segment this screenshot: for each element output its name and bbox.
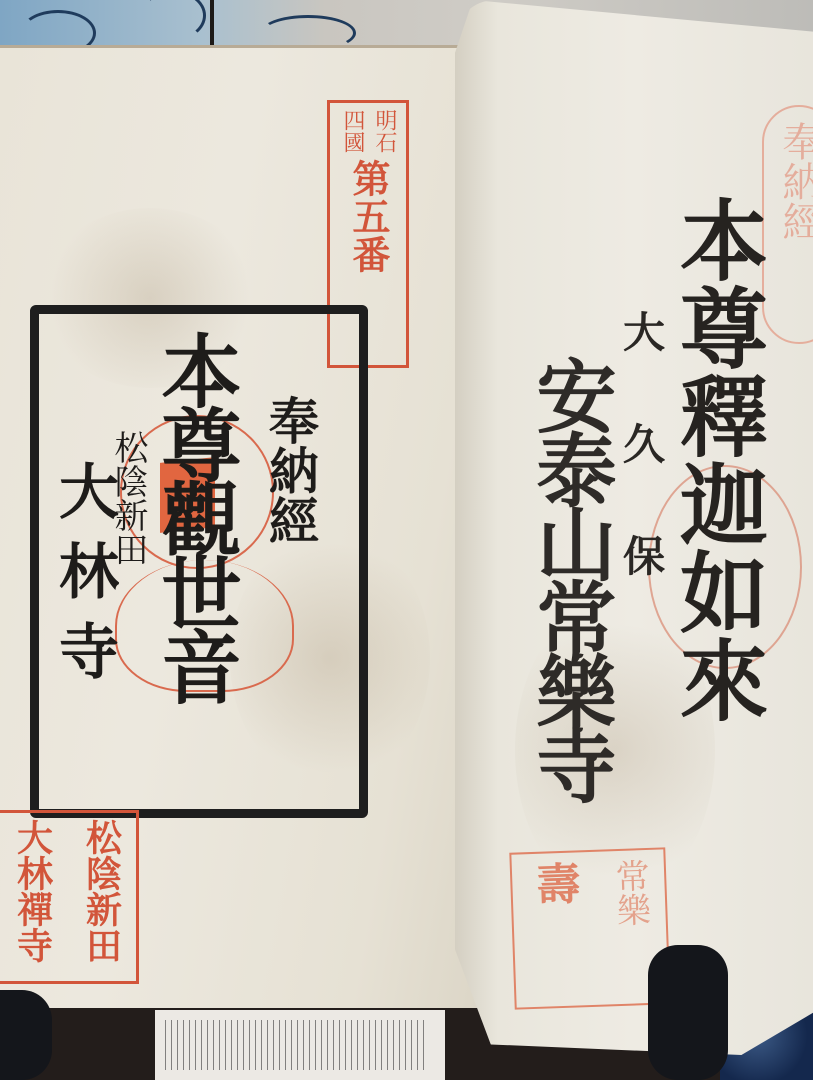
bottom-illustration <box>155 1010 445 1080</box>
stamp-text-akashi: 明石 <box>371 109 397 153</box>
stamp-text-partial: 常樂 <box>609 858 654 1004</box>
left-book-stand <box>0 990 52 1080</box>
background-pole <box>210 0 214 50</box>
calligraphy-location-okubo: 大久保 <box>618 310 664 646</box>
calligraphy-main-deity: 本尊觀世音 <box>150 330 240 700</box>
stamp-text-temple: 大林禪寺 <box>13 819 53 981</box>
stamp-text-location: 松陰新田 <box>82 819 122 981</box>
calligraphy-main-deity-shaka: 本尊釋迦如來 <box>668 195 768 723</box>
stamp-text-number: 第五番 <box>344 159 392 273</box>
stamp-text-honoukyou: 奉納經 <box>777 121 813 241</box>
stamp-text-kotobuki: 壽 <box>527 860 584 1007</box>
calligraphy-temple-name: 大林寺 <box>50 460 118 700</box>
temple-seal-stamp-right: 常樂 壽 <box>509 847 670 1009</box>
calligraphy-temple-joraku: 安泰山常樂寺 <box>525 355 615 799</box>
stamp-text-shikoku: 四國 <box>339 109 365 153</box>
wave-pattern <box>140 0 206 41</box>
calligraphy-honoukyou: 奉納經 <box>262 395 318 545</box>
temple-seal-stamp: 松陰新田 大林禪寺 <box>0 810 139 984</box>
right-book-stand <box>648 945 728 1080</box>
